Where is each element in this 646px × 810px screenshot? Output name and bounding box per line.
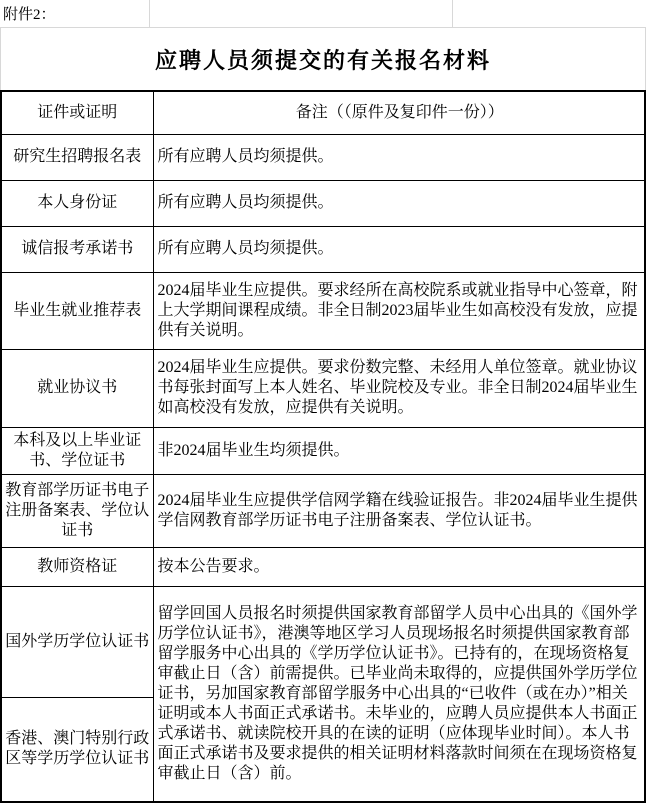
material-note-cell-merged: 留学回国人员报名时须提供国家教育部留学人员中心出具的《国外学历学位认证书》，港澳… [153,586,645,802]
material-note-cell: 所有应聘人员均须提供。 [153,226,645,272]
top-grid-strip: 附件2： [0,0,646,28]
material-name-cell: 诚信报考承诺书 [1,226,153,272]
material-name-cell: 香港、澳门特别行政区等学历学位认证书 [1,697,153,802]
table-row: 就业协议书 2024届毕业生应提供。要求份数完整、未经用人单位签章。就业协议书每… [1,349,645,427]
material-name-cell: 本人身份证 [1,180,153,226]
materials-table: 证件或证明 备注（（原件及复印件一份）） 研究生招聘报名表 所有应聘人员均须提供… [0,90,646,803]
material-name-cell: 本科及以上毕业证书、学位证书 [1,427,153,474]
material-name-cell: 教师资格证 [1,547,153,586]
page-title: 应聘人员须提交的有关报名材料 [0,28,646,90]
top-grid-cell [453,0,646,27]
table-row: 本人身份证 所有应聘人员均须提供。 [1,180,645,226]
table-row: 教育部学历证书电子注册备案表、学位认证书 2024届毕业生应提供学信网学籍在线验… [1,474,645,547]
material-note-cell: 所有应聘人员均须提供。 [153,180,645,226]
material-name-cell: 就业协议书 [1,349,153,427]
header-material-column: 证件或证明 [1,91,153,134]
material-note-cell: 2024届毕业生应提供。要求经所在高校院系或就业指导中心签章，附上大学期间课程成… [153,272,645,349]
material-note-cell: 所有应聘人员均须提供。 [153,134,645,180]
table-row: 教师资格证 按本公告要求。 [1,547,645,586]
document-page: 附件2： 应聘人员须提交的有关报名材料 证件或证明 备注（（原件及复印件一份））… [0,0,646,810]
material-note-cell: 2024届毕业生应提供。要求份数完整、未经用人单位签章。就业协议书每张封面写上本… [153,349,645,427]
table-row: 国外学历学位认证书 留学回国人员报名时须提供国家教育部留学人员中心出具的《国外学… [1,586,645,697]
material-note-cell: 非2024届毕业生均须提供。 [153,427,645,474]
table-row: 毕业生就业推荐表 2024届毕业生应提供。要求经所在高校院系或就业指导中心签章，… [1,272,645,349]
material-note-cell: 2024届毕业生应提供学信网学籍在线验证报告。非2024届毕业生提供学信网教育部… [153,474,645,547]
material-name-cell: 研究生招聘报名表 [1,134,153,180]
table-row: 研究生招聘报名表 所有应聘人员均须提供。 [1,134,645,180]
table-row: 本科及以上毕业证书、学位证书 非2024届毕业生均须提供。 [1,427,645,474]
material-note-cell: 按本公告要求。 [153,547,645,586]
material-name-cell: 国外学历学位认证书 [1,586,153,697]
table-header-row: 证件或证明 备注（（原件及复印件一份）） [1,91,645,134]
material-name-cell: 教育部学历证书电子注册备案表、学位认证书 [1,474,153,547]
top-grid-cell [150,0,453,27]
material-name-cell: 毕业生就业推荐表 [1,272,153,349]
attachment-label: 附件2： [0,0,150,27]
table-row: 诚信报考承诺书 所有应聘人员均须提供。 [1,226,645,272]
header-note-column: 备注（（原件及复印件一份）） [153,91,645,134]
